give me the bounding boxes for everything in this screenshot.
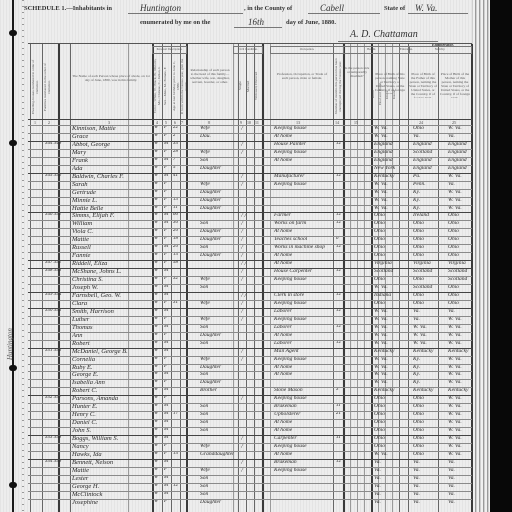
binding-line <box>12 0 14 512</box>
person-name: Daniel C. <box>72 419 150 426</box>
person-name: Fannie <box>72 252 150 259</box>
person-name: Luther <box>72 316 150 323</box>
enumeration-day: 16th <box>248 17 264 27</box>
row-divider <box>28 491 472 492</box>
table-row: RobertWMSonLaborer12W. Va.W. Va.W. Va. <box>28 341 472 348</box>
table-row: Christina S.WF32Wife/Keeping houseOhioOh… <box>28 277 472 284</box>
row-divider <box>28 197 472 198</box>
row-divider <box>28 443 472 444</box>
table-row: Isabella AnnWFDaughterW. Va.Ky.W. Va. <box>28 380 472 387</box>
civil-condition-mark: / <box>241 228 247 235</box>
row-divider <box>28 435 472 436</box>
table-row: Ruby E.WFDaughterAt homeW. Va.Ky.W. Va. <box>28 365 472 372</box>
col-single-header: Single <box>238 58 245 114</box>
civil-condition-mark: / <box>241 236 247 243</box>
person-name: William <box>72 220 150 227</box>
row-divider <box>28 284 472 285</box>
table-row: CorneliaWFWife/Keeping houseW. Va.Ky.W. … <box>28 357 472 364</box>
table-row: Henry C.WM17SonUpholsterer21OhioOhioW. V… <box>28 412 472 419</box>
person-name: McShane, Johns L. <box>72 268 150 275</box>
person-name: Hawks, Ida <box>72 451 150 458</box>
person-name: Mattie <box>72 467 150 474</box>
page-edge <box>472 0 490 512</box>
civil-condition-mark: / <box>241 316 247 323</box>
person-name: Ruby E. <box>72 364 150 371</box>
table-row: AnnWFDaughterAt homeW. Va.W. Va.W. Va. <box>28 333 472 340</box>
table-row: MattieWF18Daughter/Teaches school6OhioOh… <box>28 237 472 244</box>
table-row: Hunter E.WMSonBrakeman11OhioOhioW. Va. <box>28 404 472 411</box>
table-row: 350 355Smith, HarrisonWM/Laborer12W. Va.… <box>28 309 472 316</box>
row-divider <box>28 371 472 372</box>
row-divider <box>28 348 472 349</box>
table-row: John S.WMSonAt homeOhioOhioW. Va. <box>28 428 472 435</box>
person-name: Cornelia <box>72 356 150 363</box>
day-underline <box>234 27 282 28</box>
row-divider <box>28 499 472 500</box>
row-divider <box>28 189 472 190</box>
person-name: Farnsbell, Geo. W. <box>72 292 150 299</box>
row-divider <box>28 260 472 261</box>
row-divider <box>28 475 472 476</box>
col-married-header: Married <box>246 58 253 114</box>
table-row: SarahWFWife/Keeping houseW. Va.Penn.Va. <box>28 182 472 189</box>
row-divider <box>28 411 472 412</box>
table-row: Minnie L.WF13DaughterW. Va.Ky.W. Va. <box>28 198 472 205</box>
civil-condition-mark: / <box>241 244 247 251</box>
person-name: Nancy <box>72 443 150 450</box>
binding-ring-icon <box>9 482 17 488</box>
row-divider <box>28 451 472 452</box>
row-divider <box>28 292 472 293</box>
row-divider <box>28 236 472 237</box>
row-divider <box>28 149 472 150</box>
person-name: Joseph W. <box>72 284 150 291</box>
table-row: Kinnison, MattieWF22Wife/Keeping houseW.… <box>28 126 472 133</box>
person-name: Simms, Elijah F. <box>72 212 150 219</box>
table-row: 347 352Riddell, ElizaWF58/ /At homeVirgi… <box>28 261 472 268</box>
col-widowed-header: Widowed, Divorced <box>254 58 261 114</box>
row-divider <box>28 316 472 317</box>
row-divider <box>28 165 472 166</box>
person-name: Robert C. <box>72 387 150 394</box>
row-divider <box>28 324 472 325</box>
civil-condition-mark: / <box>241 252 247 259</box>
person-name: Russell <box>72 244 150 251</box>
health-group: Health. <box>343 46 400 54</box>
row-divider <box>28 276 472 277</box>
row-divider <box>28 228 472 229</box>
row-divider <box>28 340 472 341</box>
civil-condition-mark: / <box>241 220 247 227</box>
table-row: 346 351Simms, Elijah F.WM60/ /Farmer12Oh… <box>28 213 472 220</box>
person-name: Ann <box>72 332 150 339</box>
table-row: ThomasWMSonLaborer12W. Va.W. Va.W. Va. <box>28 325 472 332</box>
row-divider <box>28 387 472 388</box>
person-name: Riddell, Eliza <box>72 260 150 267</box>
margin-perforation <box>22 0 24 512</box>
person-name: McClintock <box>72 491 150 498</box>
col-color-header: Color—White, W.; Black, B.; Mulatto, Mu.… <box>153 58 161 114</box>
nativity-group: Nativity. <box>408 46 472 54</box>
person-name: Bennett, Nelson <box>72 459 150 466</box>
row-divider <box>28 252 472 253</box>
row-divider <box>28 467 472 468</box>
row-divider <box>28 427 472 428</box>
table-row: 351 356McDaniel, George B.WM/Mail AgentK… <box>28 349 472 356</box>
row-divider <box>28 133 472 134</box>
row-divider <box>28 268 472 269</box>
county-name: Cabell <box>320 3 344 13</box>
civil-condition-mark: / / <box>241 292 247 299</box>
civil-condition-mark: / <box>241 149 247 156</box>
table-row: LesterWMSonVa.Va.Va. <box>28 476 472 483</box>
table-row: George H.WM12SonVa.Va.Va. <box>28 484 472 491</box>
civil-condition-mark: / <box>241 435 247 442</box>
col-age-header: Age at last birthday prior to June 1, 18… <box>172 58 179 114</box>
person-name: Christina S. <box>72 276 150 283</box>
table-row: McClintockWMSonVa.Va.Va. <box>28 492 472 499</box>
person-name: McDaniel, George B. <box>72 348 150 355</box>
civil-condition-mark: / / <box>241 212 247 219</box>
person-name: John S. <box>72 427 150 434</box>
person-name: Henry C. <box>72 411 150 418</box>
census-table: Dwelling-houses numbered in order of vis… <box>28 43 472 512</box>
table-row: MattieWFWife/Keeping houseVa.Va.Va. <box>28 468 472 475</box>
person-name: Ada <box>72 165 150 172</box>
row-divider <box>28 379 472 380</box>
civil-condition-mark: / <box>241 300 247 307</box>
civil-condition-mark: / <box>241 268 247 275</box>
row-divider <box>28 300 472 301</box>
table-row: MaryWF28Wife/Keeping houseEnglandScotlan… <box>28 150 472 157</box>
row-divider <box>28 220 472 221</box>
person-name: Thomas <box>72 324 150 331</box>
schedule-label: SCHEDULE 1.—Inhabitants in <box>24 5 112 12</box>
row-divider <box>28 395 472 396</box>
civil-condition-mark: / <box>241 181 247 188</box>
row-divider <box>28 332 472 333</box>
col-name-header: The Name of each Person whose place of a… <box>72 74 150 92</box>
col-relationship-header: Relationship of each person to the head … <box>190 68 230 96</box>
col-birthplace-header: Place of Birth of this person, naming St… <box>375 72 405 94</box>
table-row: LutherWFWife/Keeping houseW. Va.Va.W. Va… <box>28 317 472 324</box>
table-row: 344 349Abbot, GeorgeWM35/House Painter12… <box>28 142 472 149</box>
date-suffix: day of June, 1880. <box>286 19 336 26</box>
county-label: , in the County of <box>244 5 292 12</box>
row-divider <box>28 181 472 182</box>
state-name: W. Va. <box>415 3 437 13</box>
table-row: Hawks, IdaWF15GranddaughterAt homeW. Va.… <box>28 452 472 459</box>
place-underline <box>128 13 243 14</box>
row-divider <box>28 157 472 158</box>
civil-condition-mark: / <box>241 348 247 355</box>
table-row: Daniel C.WMSonAt homeOhioOhioW. Va. <box>28 420 472 427</box>
person-name: Gertrude <box>72 189 150 196</box>
col-family-header: Families numbered in the order of visita… <box>43 58 57 116</box>
table-row: Viola C.WF20Daughter/At homeOhioOhioOhio <box>28 229 472 236</box>
row-divider <box>28 212 472 213</box>
person-name: Grace <box>72 133 150 140</box>
table-row: NancyWFWife/Keeping houseOhioOhioW. Va. <box>28 444 472 451</box>
civil-condition-mark: / <box>241 173 247 180</box>
table-row: Hattie BelleWF11DaughterW. Va.Ky.W. Va. <box>28 206 472 213</box>
occupation-group: Occupation. <box>270 46 344 54</box>
person-name: Parsons, Amanda <box>72 395 150 402</box>
binding-ring-icon <box>9 30 17 36</box>
state-label: State of <box>384 5 405 12</box>
col-month-born-header: If born within the Census year, give the… <box>180 58 186 114</box>
civil-condition-mark: / / <box>241 260 247 267</box>
col-dwelling-header: Dwelling-houses numbered in order of vis… <box>31 58 41 116</box>
person-name: Hattie Belle <box>72 205 150 212</box>
person-name: Clara <box>72 300 150 307</box>
table-row: FannieWF15Daughter/At homeOhioOhioOhio <box>28 253 472 260</box>
civil-condition-mark: / <box>241 395 247 402</box>
civil-condition-mark: / <box>241 459 247 466</box>
table-row: Joseph W.WMSonW. Va.ScotlandOhio <box>28 285 472 292</box>
table-row: JosephineWFDaughterVa.Va.Va. <box>28 500 472 507</box>
table-row: 349 354Farnsbell, Geo. W.WM/ /Clerk in s… <box>28 293 472 300</box>
table-row: 352 357Parsons, AmandaWF/Keeping houseOh… <box>28 396 472 403</box>
row-divider <box>28 308 472 309</box>
person-name: George H. <box>72 483 150 490</box>
person-name: Minnie L. <box>72 197 150 204</box>
row-divider <box>28 356 472 357</box>
person-name: Smith, Harrison <box>72 308 150 315</box>
person-name: Kinnison, Mattie <box>72 125 150 132</box>
row-divider <box>28 403 472 404</box>
row-divider <box>28 141 472 142</box>
col-sick-header: Is the person sick or temporarily disabl… <box>344 66 370 90</box>
person-name: Robert <box>72 340 150 347</box>
row-divider <box>28 173 472 174</box>
row-divider <box>28 459 472 460</box>
table-row: George E.WMSonAt homeW. Va.Ky.W. Va. <box>28 372 472 379</box>
person-name: Sarah <box>72 181 150 188</box>
state-underline <box>408 13 468 14</box>
table-row: 353 358Boggs, William S.WM/Carpenter11Oh… <box>28 436 472 443</box>
table-row: 348 353McShane, Johns L.WM/House Carpent… <box>28 269 472 276</box>
margin-note: Huntington <box>6 328 14 360</box>
person-name: Boggs, William S. <box>72 435 150 442</box>
col-occupation-header: Profession, Occupation, or Trade of each… <box>274 72 330 92</box>
col-months-unemployed-header: Number of months this person has been un… <box>334 58 342 114</box>
signature-underline <box>338 41 438 42</box>
person-name: Mary <box>72 149 150 156</box>
enumerator-signature: A. D. Chattaman <box>350 29 418 40</box>
binding-ring-icon <box>9 140 17 146</box>
civil-condition-mark: / <box>241 467 247 474</box>
place-name: Huntington <box>140 3 181 13</box>
person-name: Lester <box>72 475 150 482</box>
table-row: AdaWF5DaughterNew YorkEnglandEngland <box>28 166 472 173</box>
county-underline <box>308 13 380 14</box>
civil-condition-mark: / <box>241 141 247 148</box>
table-row: WilliamWM30Son/Works on farm12OhioOhioOh… <box>28 221 472 228</box>
person-name: Hunter E. <box>72 403 150 410</box>
person-name: Viola C. <box>72 228 150 235</box>
personal-description-group: Personal Description. <box>152 46 187 54</box>
row-divider <box>28 205 472 206</box>
person-name: George E. <box>72 371 150 378</box>
table-row: 345 350Baldwin, Charles F.WM41/Manufactu… <box>28 174 472 181</box>
table-row: 354 359Bennett, NelsonWM/Brakeman12Va.Va… <box>28 460 472 467</box>
row-divider <box>28 364 472 365</box>
person-name: Josephine <box>72 499 150 506</box>
civil-condition-mark: / <box>241 125 247 132</box>
scan-border <box>490 0 512 512</box>
civil-condition-mark: / <box>241 308 247 315</box>
person-name: Isabella Ann <box>72 379 150 386</box>
row-divider <box>28 483 472 484</box>
civil-condition-group: Civil Condition. <box>233 46 263 54</box>
table-row: GraceWF2Dau.At homeW. Va.Va.Va. <box>28 134 472 141</box>
person-name: Abbot, George <box>72 141 150 148</box>
table-row: RussellWM20Son/Works in machine shop12Oh… <box>28 245 472 252</box>
civil-condition-mark: / <box>241 276 247 283</box>
row-divider <box>28 244 472 245</box>
col-sex-header: Sex—Male, M.; Female, F. <box>163 58 170 114</box>
person-name: Frank <box>72 157 150 164</box>
enumerated-label: enumerated by me on the <box>140 19 210 26</box>
civil-condition-mark: / <box>241 443 247 450</box>
col-father-birthplace-header: Place of Birth of the Father of this per… <box>409 72 437 98</box>
table-row: ClaraWF31Wife/Keeping houseOhioOhioOhio <box>28 301 472 308</box>
table-row: GertrudeWFDaughterW. Va.Ky.W. Va. <box>28 190 472 197</box>
binding-ring-icon <box>9 365 17 371</box>
col-mother-birthplace-header: Place of Birth of the Mother of this per… <box>440 72 470 98</box>
civil-condition-mark: / <box>241 356 247 363</box>
person-name: Baldwin, Charles F. <box>72 173 150 180</box>
person-name: Mattie <box>72 236 150 243</box>
table-row: Robert C.WMBrotherStone Mason3KentuckyKe… <box>28 388 472 395</box>
table-row: FrankWM7SonAt homeEnglandEnglandEngland <box>28 158 472 165</box>
row-divider <box>28 125 472 126</box>
row-divider <box>28 419 472 420</box>
